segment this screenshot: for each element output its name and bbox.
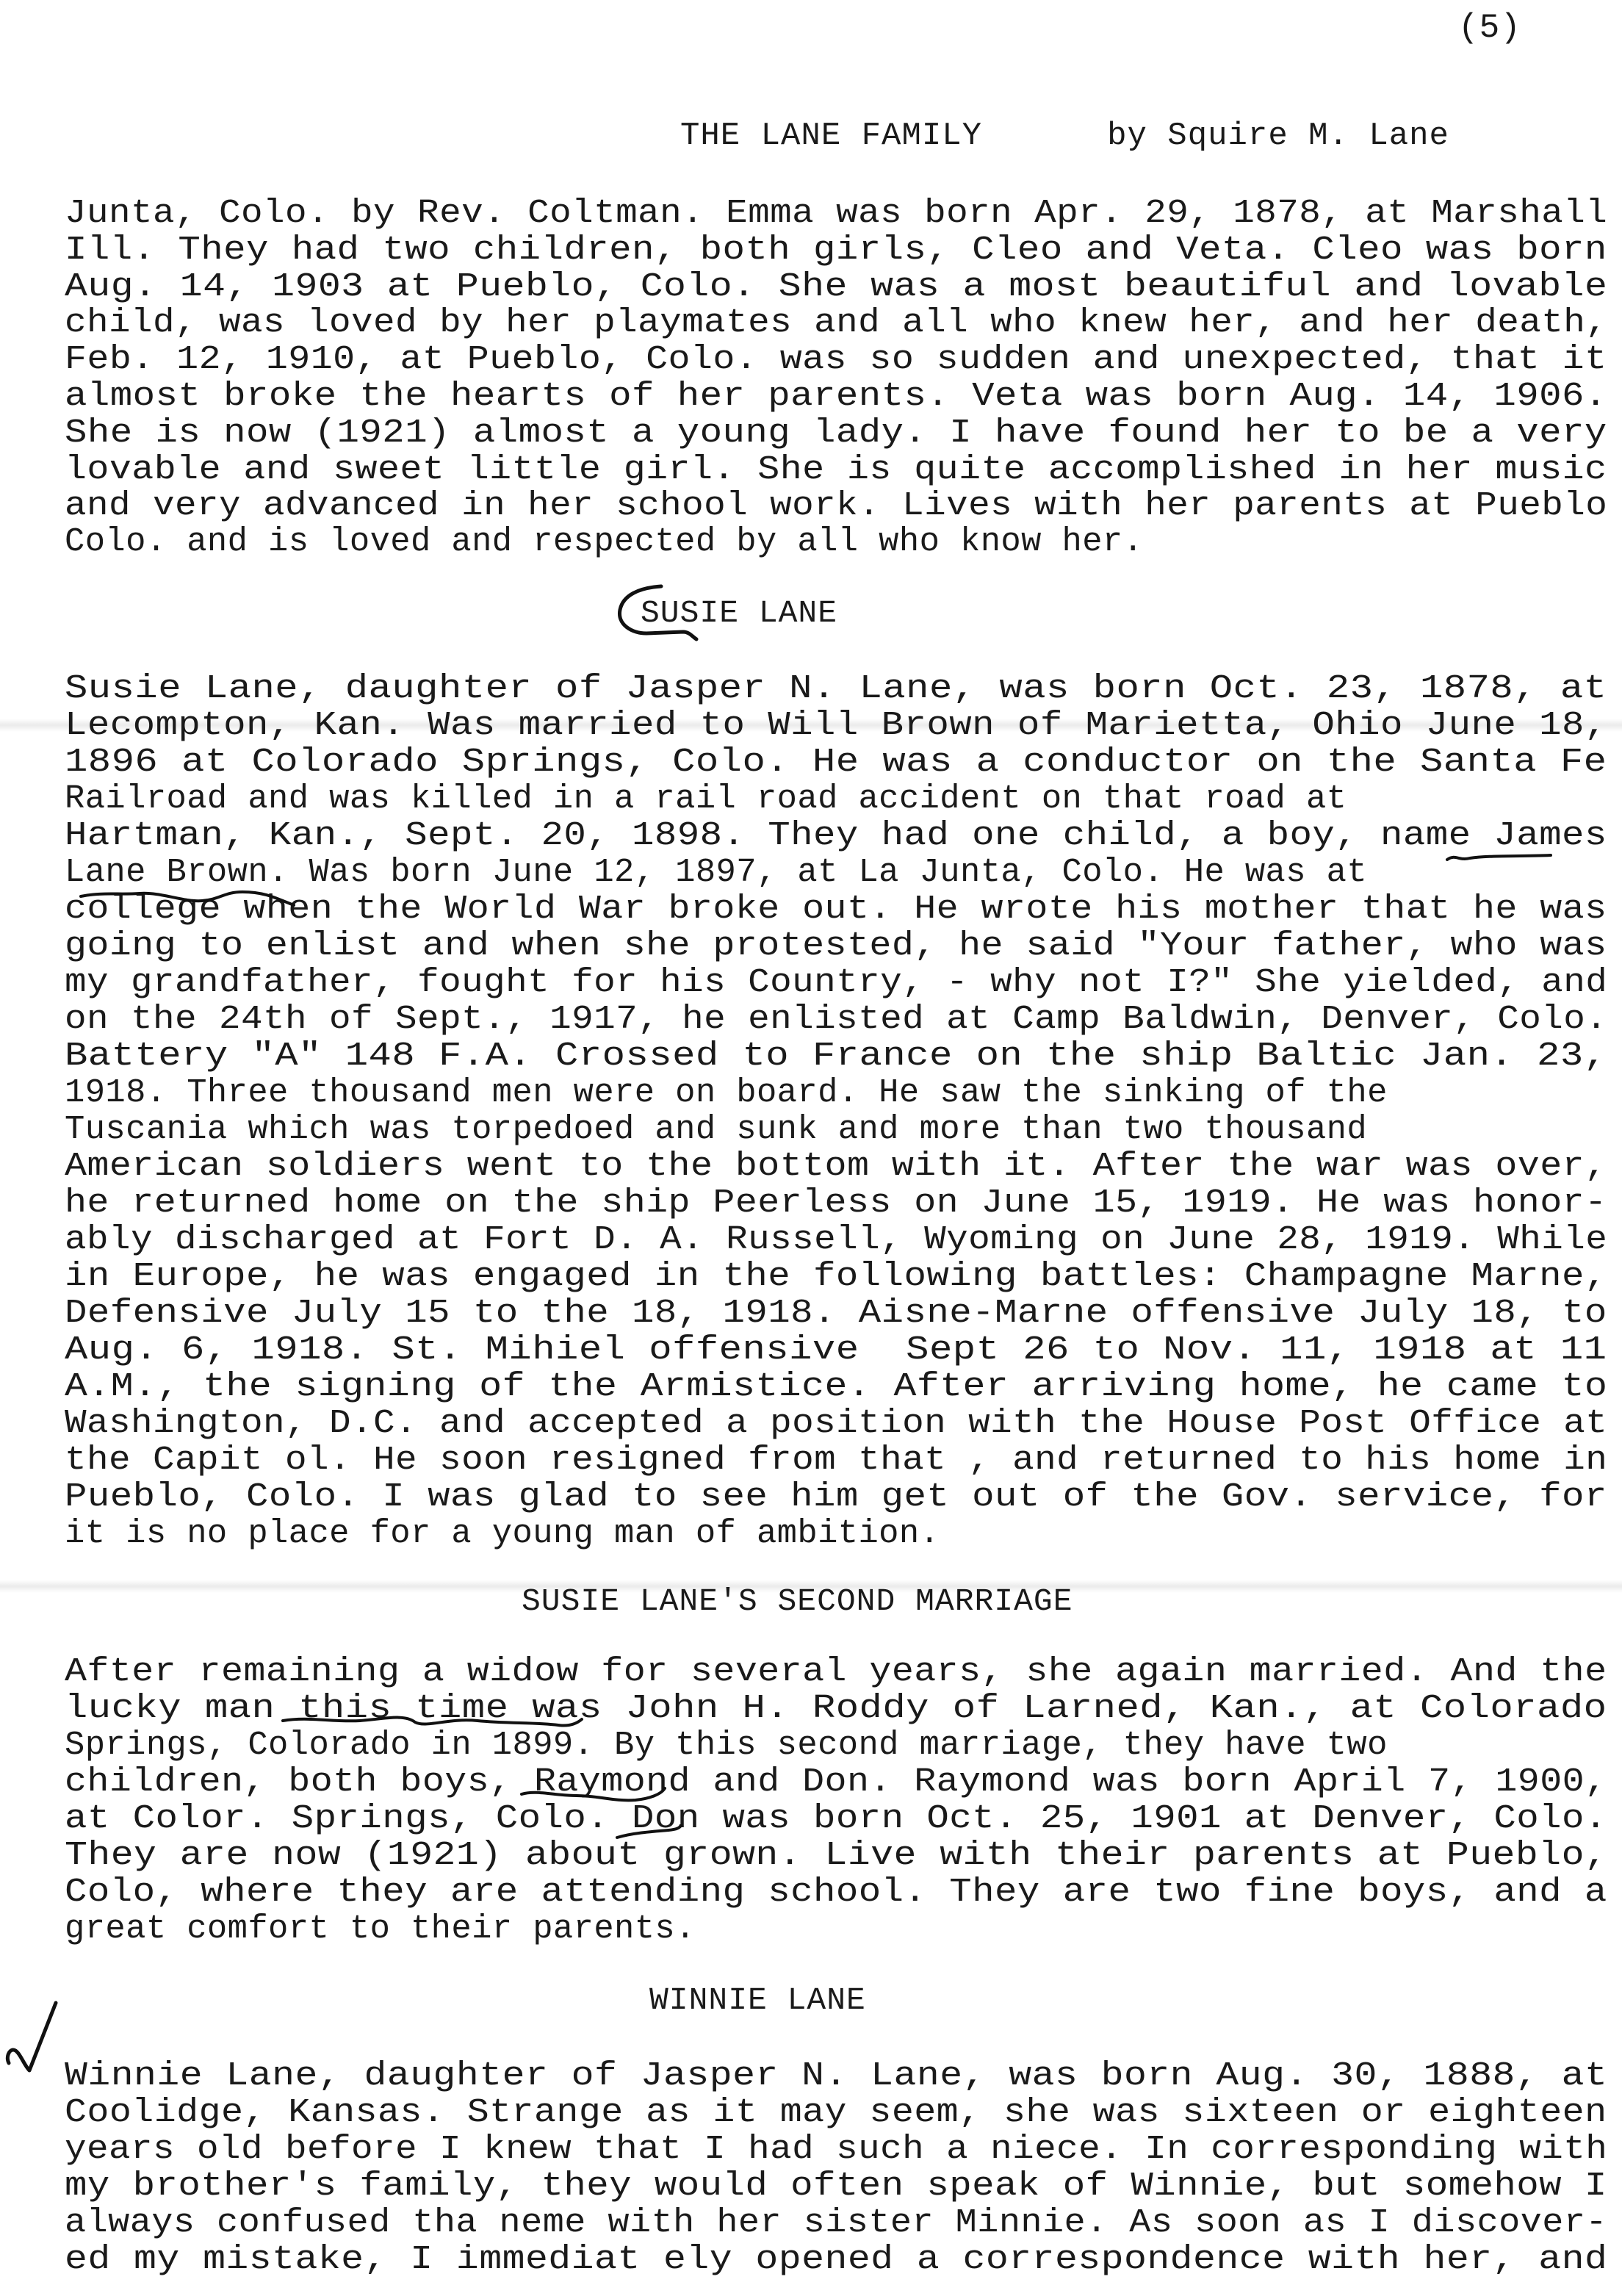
text-line: Battery "A" 148 F.A. Crossed to France o…	[65, 1037, 1607, 1074]
section-heading: SUSIE LANE	[641, 595, 837, 631]
text-line: After remaining a widow for several year…	[65, 1653, 1607, 1690]
text-line: Aug. 14, 1903 at Pueblo, Colo. She was a…	[65, 268, 1607, 305]
text-line: he returned home on the ship Peerless on…	[65, 1184, 1607, 1221]
text-line: ably discharged at Fort D. A. Russell, W…	[65, 1221, 1607, 1258]
text-line: my brother's family, they would often sp…	[65, 2167, 1607, 2204]
text-line: ed my mistake, I immediat ely opened a c…	[65, 2241, 1607, 2278]
text-line: Ill. They had two children, both girls, …	[65, 231, 1607, 268]
text-line: Defensive July 15 to the 18, 1918. Aisne…	[65, 1295, 1607, 1331]
text-line: lucky man this time was John H. Roddy of…	[65, 1690, 1607, 1727]
text-line: on the 24th of Sept., 1917, he enlisted …	[65, 1001, 1607, 1037]
text-line: Lecompton, Kan. Was married to Will Brow…	[65, 707, 1607, 744]
document-title: THE LANE FAMILY	[680, 118, 982, 154]
text-line: Pueblo, Colo. I was glad to see him get …	[65, 1478, 1607, 1515]
section-heading: SUSIE LANE'S SECOND MARRIAGE	[522, 1583, 1073, 1619]
text-line: at Color. Springs, Colo. Don was born Oc…	[65, 1800, 1607, 1837]
text-line: American soldiers went to the bottom wit…	[65, 1148, 1607, 1184]
text-line: 1918. Three thousand men were on board. …	[65, 1074, 1388, 1111]
text-line: Winnie Lane, daughter of Jasper N. Lane,…	[65, 2057, 1607, 2094]
text-line: great comfort to their parents.	[65, 1910, 696, 1947]
text-line: Springs, Colorado in 1899. By this secon…	[65, 1727, 1388, 1763]
text-line: Coolidge, Kansas. Strange as it may seem…	[65, 2094, 1607, 2131]
text-line: Colo. and is loved and respected by all …	[65, 523, 1143, 560]
checkmark-icon	[3, 1998, 62, 2079]
text-line: in Europe, he was engaged in the followi…	[65, 1258, 1607, 1295]
text-line: always confused tha neme with her sister…	[65, 2204, 1607, 2241]
text-line: lovable and sweet little girl. She is qu…	[65, 451, 1607, 488]
text-line: Railroad and was killed in a rail road a…	[65, 780, 1347, 817]
document-header: THE LANE FAMILYby Squire M. Lane	[680, 118, 1449, 154]
text-line: Hartman, Kan., Sept. 20, 1898. They had …	[65, 817, 1607, 854]
document-author: by Squire M. Lane	[1107, 118, 1449, 154]
text-line: years old before I knew that I had such …	[65, 2131, 1607, 2167]
text-line: Susie Lane, daughter of Jasper N. Lane, …	[65, 670, 1607, 707]
text-line: it is no place for a young man of ambiti…	[65, 1515, 940, 1552]
text-line: going to enlist and when she protested, …	[65, 927, 1607, 964]
text-line: the Capit ol. He soon resigned from that…	[65, 1442, 1607, 1478]
text-line: Junta, Colo. by Rev. Coltman. Emma was b…	[65, 195, 1607, 231]
text-line: college when the World War broke out. He…	[65, 890, 1607, 927]
text-line: almost broke the hearts of her parents. …	[65, 378, 1607, 414]
text-line: my grandfather, fought for his Country, …	[65, 964, 1607, 1001]
section-heading: WINNIE LANE	[649, 1982, 866, 2018]
text-line: 1896 at Colorado Springs, Colo. He was a…	[65, 744, 1607, 780]
text-line: They are now (1921) about grown. Live wi…	[65, 1837, 1607, 1874]
text-line: children, both boys, Raymond and Don. Ra…	[65, 1763, 1607, 1800]
text-line: She is now (1921) almost a young lady. I…	[65, 414, 1607, 451]
text-line: Lane Brown. Was born June 12, 1897, at L…	[65, 854, 1367, 890]
text-line: Washington, D.C. and accepted a position…	[65, 1405, 1607, 1442]
text-line: A.M., the signing of the Armistice. Afte…	[65, 1368, 1607, 1405]
text-line: child, was loved by her playmates and al…	[65, 304, 1607, 341]
text-line: Aug. 6, 1918. St. Mihiel offensive Sept …	[65, 1331, 1607, 1368]
text-line: and very advanced in her school work. Li…	[65, 487, 1607, 524]
text-line: Tuscania which was torpedoed and sunk an…	[65, 1111, 1367, 1148]
text-line: Feb. 12, 1910, at Pueblo, Colo. was so s…	[65, 341, 1607, 378]
page-number: (5)	[1458, 9, 1521, 47]
text-line: Colo, where they are attending school. T…	[65, 1874, 1607, 1910]
